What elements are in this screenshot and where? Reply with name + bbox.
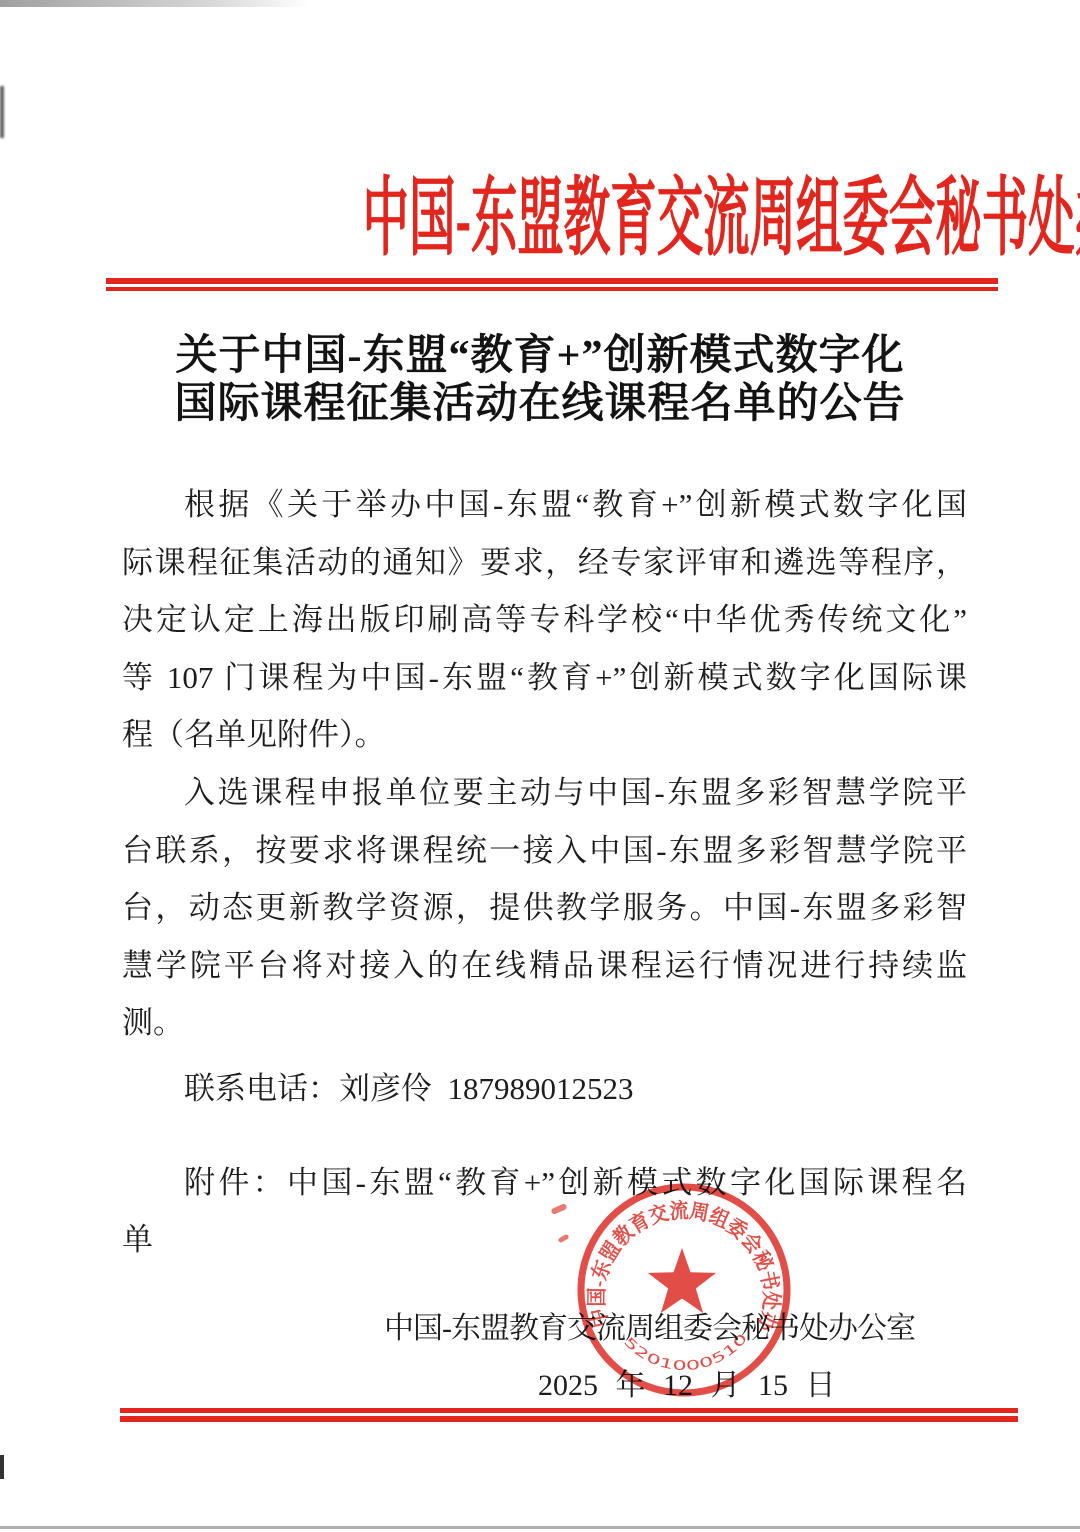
scanned-document-page: 中国-东盟教育交流周组委会秘书处办公室 关于中国-东盟“教育+”创新模式数字化 … — [0, 0, 1080, 1532]
svg-text:中国-东盟教育交流周组委会秘书处办公室: 中国-东盟教育交流周组委会秘书处办公室 — [566, 1172, 783, 1335]
paragraph2-line: 台，动态更新教学资源，提供教学服务。中国-东盟多彩智 — [122, 879, 967, 937]
document-title-line-2: 国际课程征集活动在线课程名单的公告 — [0, 380, 1080, 428]
paragraph1-line: 等 107 门课程为中国-东盟“教育+”创新模式数字化国际课 — [122, 649, 967, 707]
scan-artifact-top-smudge — [0, 0, 310, 7]
scan-artifact-bottom-edge — [0, 1526, 1080, 1529]
attachment-note: 附件：中国-东盟“教育+”创新模式数字化国际课程名 单 — [122, 1154, 967, 1269]
letterhead-title: 中国-东盟教育交流周组委会秘书处办公室 — [0, 156, 1080, 280]
letterhead-divider-rule — [106, 278, 998, 291]
letterhead-text: 中国-东盟教育交流周组委会秘书处办公室 — [363, 156, 1080, 280]
document-body: 根据《关于举办中国-东盟“教育+”创新模式数字化国 际课程征集活动的通知》要求，… — [122, 476, 967, 1269]
footer-divider-rule — [120, 1408, 1018, 1422]
paragraph1-line: 决定认定上海出版印刷高等专科学校“中华优秀传统文化” — [122, 591, 967, 649]
paragraph1-line: 程（名单见附件）。 — [122, 706, 967, 764]
paragraph1-line: 际课程征集活动的通知》要求，经专家评审和遴选等程序， — [122, 534, 967, 592]
paragraph2-line: 测。 — [122, 994, 967, 1052]
seal-star-icon — [648, 1248, 716, 1313]
contact-phone-line: 联系电话：刘彦伶 187989012523 — [122, 1060, 967, 1118]
scan-artifact-left-mark-bottom — [0, 1455, 4, 1479]
attachment-line: 单 — [122, 1211, 967, 1269]
attachment-line: 附件：中国-东盟“教育+”创新模式数字化国际课程名 — [122, 1154, 967, 1212]
document-title: 关于中国-东盟“教育+”创新模式数字化 国际课程征集活动在线课程名单的公告 — [0, 332, 1080, 428]
document-title-line-1: 关于中国-东盟“教育+”创新模式数字化 — [0, 332, 1080, 380]
seal-ring-text: 中国-东盟教育交流周组委会秘书处办公室 — [566, 1172, 783, 1335]
paragraph2-line: 台联系，按要求将课程统一接入中国-东盟多彩智慧学院平 — [122, 822, 967, 880]
paragraph2-line: 慧学院平台将对接入的在线精品课程运行情况进行持续监 — [122, 937, 967, 995]
paragraph2-line: 入选课程申报单位要主动与中国-东盟多彩智慧学院平 — [122, 764, 967, 822]
paragraph1-line: 根据《关于举办中国-东盟“教育+”创新模式数字化国 — [122, 476, 967, 534]
scan-artifact-left-mark — [0, 86, 4, 138]
official-seal: 中国-东盟教育交流周组委会秘书处办公室 5201000510107 — [566, 1172, 802, 1408]
